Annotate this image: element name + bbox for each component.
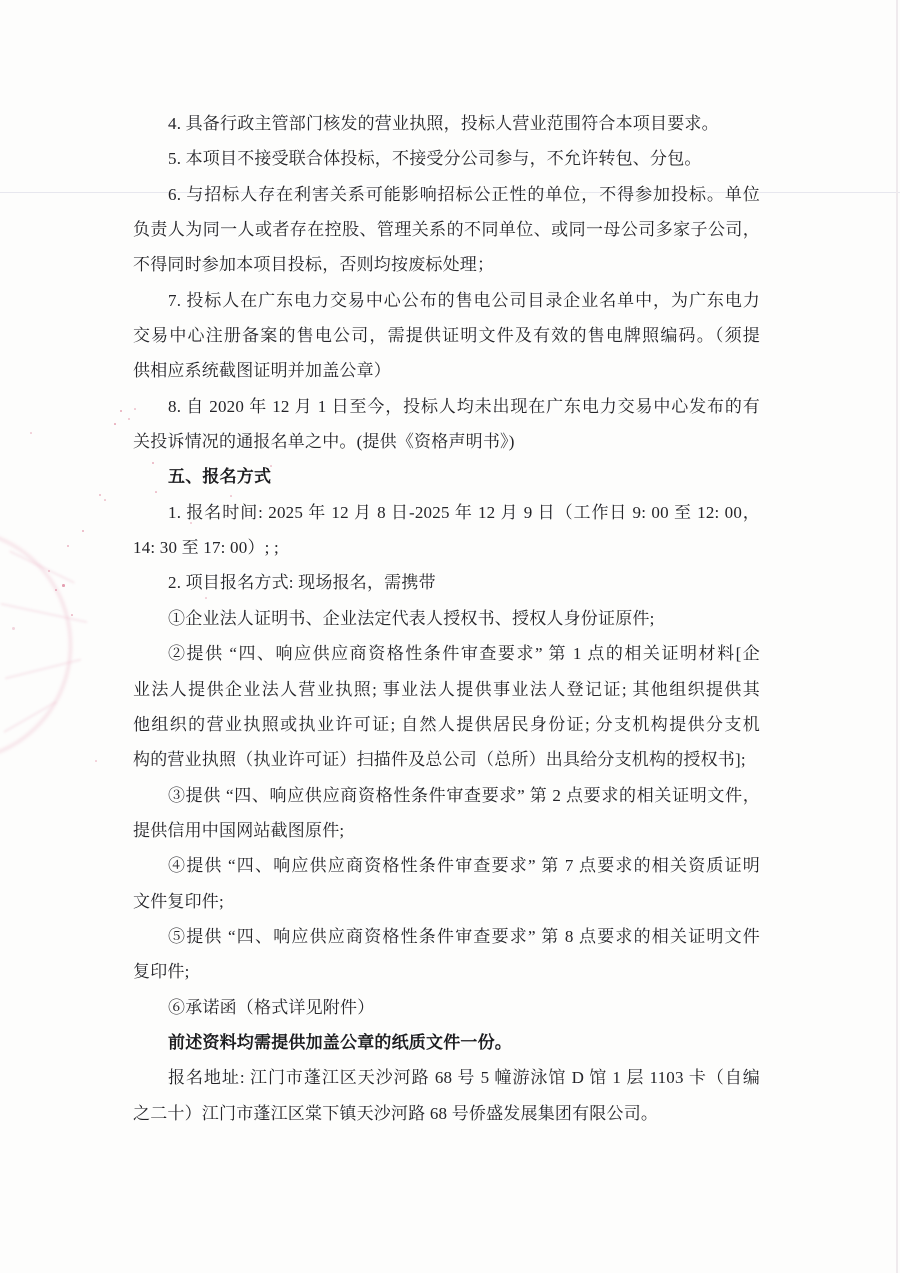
- text-line: 14: 30 至 17: 00）; ;: [133, 530, 760, 565]
- text-line: 五、报名方式: [133, 459, 760, 494]
- text-line: ②提供 “四、响应供应商资格性条件审查要求” 第 1 点的相关证明材料[企: [133, 636, 760, 671]
- text-line: 复印件;: [133, 954, 760, 989]
- ink-speck: [104, 499, 106, 501]
- text-line: 8. 自 2020 年 12 月 1 日至今，投标人均未出现在广东电力交易中心发…: [133, 389, 760, 424]
- text-line: 7. 投标人在广东电力交易中心公布的售电公司目录企业名单中，为广东电力: [133, 283, 760, 318]
- ink-speck: [55, 589, 57, 591]
- ink-speck: [12, 627, 15, 630]
- text-line: ③提供 “四、响应供应商资格性条件审查要求” 第 2 点要求的相关证明文件，: [133, 778, 760, 813]
- text-line: 构的营业执照（执业许可证）扫描件及总公司（总所）出具给分支机构的授权书];: [133, 742, 760, 777]
- text-line: 交易中心注册备案的售电公司，需提供证明文件及有效的售电牌照编码。（须提: [133, 318, 760, 353]
- ink-speck: [95, 760, 97, 762]
- ink-speck: [99, 494, 101, 496]
- document-text-block: 4. 具备行政主管部门核发的营业执照，投标人营业范围符合本项目要求。5. 本项目…: [133, 106, 760, 1131]
- ink-speck: [67, 545, 69, 547]
- text-line: ⑥承诺函（格式详见附件）: [133, 990, 760, 1025]
- ink-speck: [71, 614, 73, 616]
- text-line: ①企业法人证明书、企业法定代表人授权书、授权人身份证原件;: [133, 601, 760, 636]
- text-line: 之二十）江门市蓬江区棠下镇天沙河路 68 号侨盛发展集团有限公司。: [133, 1096, 760, 1131]
- text-line: 负责人为同一人或者存在控股、管理关系的不同单位、或同一母公司多家子公司，: [133, 212, 760, 247]
- text-line: ④提供 “四、响应供应商资格性条件审查要求” 第 7 点要求的相关资质证明: [133, 848, 760, 883]
- text-line: 6. 与招标人存在利害关系可能影响招标公正性的单位，不得参加投标。单位: [133, 177, 760, 212]
- text-line: 报名地址: 江门市蓬江区天沙河路 68 号 5 幢游泳馆 D 馆 1 层 110…: [133, 1060, 760, 1095]
- text-line: 4. 具备行政主管部门核发的营业执照，投标人营业范围符合本项目要求。: [133, 106, 760, 141]
- ink-speck: [82, 530, 84, 532]
- text-line: ⑤提供 “四、响应供应商资格性条件审查要求” 第 8 点要求的相关证明文件: [133, 919, 760, 954]
- ink-speck: [120, 410, 122, 412]
- ink-speck: [128, 418, 130, 420]
- text-line: 业法人提供企业法人营业执照; 事业法人提供事业法人登记证; 其他组织提供其: [133, 672, 760, 707]
- text-line: 1. 报名时间: 2025 年 12 月 8 日-2025 年 12 月 9 日…: [133, 495, 760, 530]
- ink-speck: [48, 570, 50, 572]
- text-line: 关投诉情况的通报名单之中。(提供《资格声明书》): [133, 424, 760, 459]
- text-line: 他组织的营业执照或执业许可证; 自然人提供居民身份证; 分支机构提供分支机: [133, 707, 760, 742]
- ink-speck: [30, 432, 32, 434]
- scan-artifact-right-edge-line: [896, 0, 898, 1273]
- text-line: 文件复印件;: [133, 884, 760, 919]
- text-line: 5. 本项目不接受联合体投标，不接受分公司参与，不允许转包、分包。: [133, 141, 760, 176]
- text-line: 不得同时参加本项目投标，否则均按废标处理；: [133, 247, 760, 282]
- scanned-document-page: 4. 具备行政主管部门核发的营业执照，投标人营业范围符合本项目要求。5. 本项目…: [0, 0, 900, 1273]
- text-line: 2. 项目报名方式: 现场报名，需携带: [133, 565, 760, 600]
- ink-speck: [114, 423, 116, 425]
- text-line: 提供信用中国网站截图原件;: [133, 813, 760, 848]
- ink-speck: [62, 584, 65, 587]
- text-line: 前述资料均需提供加盖公章的纸质文件一份。: [133, 1025, 760, 1060]
- text-line: 供相应系统截图证明并加盖公章）: [133, 353, 760, 388]
